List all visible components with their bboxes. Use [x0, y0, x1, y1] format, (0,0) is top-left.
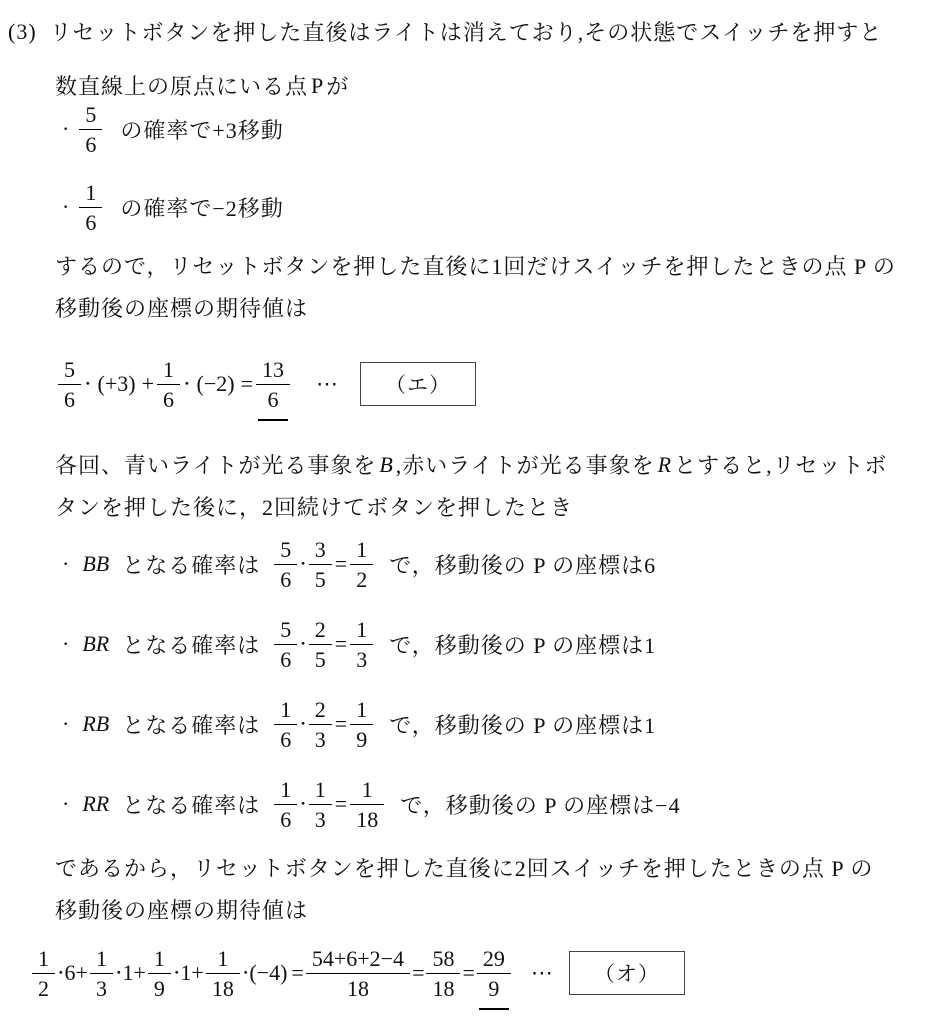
equals-sign: =: [462, 960, 474, 986]
numerator: 58: [426, 945, 460, 974]
prob-bullet-br: · BR となる確率は 56 ⋅ 25 = 13 で，移動後の P の座標は1: [62, 613, 656, 675]
denominator: 6: [79, 208, 102, 235]
fraction-result: 118: [350, 776, 384, 833]
numerator: 1: [206, 945, 240, 974]
move-bullet-plus3: · 5 6 の確率で+3移動: [62, 98, 284, 160]
numerator: 2: [309, 616, 332, 645]
intro-line-2: 数直線上の原点にいる点 P が: [55, 70, 349, 101]
term-plus3: (+3): [98, 371, 136, 397]
denominator: 9: [477, 974, 511, 1001]
multiply-dot: ⋅: [299, 711, 307, 737]
events-text-seg3: とすると,リセットボ: [674, 449, 887, 480]
denominator: 6: [274, 565, 297, 592]
outcome-label: BB: [79, 551, 112, 577]
plus-operator: +: [142, 371, 154, 397]
fraction-a: 56: [274, 536, 297, 593]
fraction-a: 16: [274, 776, 297, 833]
denominator: 6: [79, 130, 102, 157]
answer-box-o: （オ）: [569, 951, 685, 995]
bullet-dot: ·: [62, 791, 69, 817]
prob-tail-text: で，移動後の P の座標は6: [389, 549, 656, 580]
prob-mid-text: となる確率は: [122, 549, 260, 580]
para-two-press-line-1: であるから，リセットボタンを押した直後に2回スイッチを押したときの点 P の: [55, 852, 873, 883]
numerator: 1: [274, 776, 297, 805]
term-times6-plus: ⋅6+: [57, 960, 88, 986]
para-two-press-line-2: 移動後の座標の期待値は: [55, 894, 308, 925]
intro-line-1: (3) リセットボタンを押した直後はライトは消えており,その状態でスイッチを押す…: [8, 16, 882, 47]
intro-text-1: リセットボタンを押した直後はライトは消えており,その状態でスイッチを押すと: [50, 16, 883, 47]
denominator: 3: [350, 645, 373, 672]
event-r-symbol: R: [655, 452, 674, 478]
para-one-press-line-1: するので，リセットボタンを押した直後に1回だけスイッチを押したときの点 P の: [55, 250, 896, 281]
answer-fraction-13-6: 13 6: [256, 356, 290, 413]
prob-bullet-rr: · RR となる確率は 16 ⋅ 13 = 118 で，移動後の P の座標は−…: [62, 773, 681, 835]
term-minus2: (−2): [197, 371, 235, 397]
numerator: 1: [148, 945, 171, 974]
fraction-1-6: 1 6: [157, 356, 180, 413]
fraction-5-6: 5 6: [79, 101, 102, 158]
fraction-a: 16: [274, 696, 297, 753]
fraction-result: 12: [350, 536, 373, 593]
denominator: 5: [309, 645, 332, 672]
prob-mid-text: となる確率は: [122, 629, 260, 660]
intro-text-2-pre: 数直線上の原点にいる点: [55, 70, 308, 101]
prob-mid-text: となる確率は: [122, 789, 260, 820]
denominator: 2: [350, 565, 373, 592]
numerator: 1: [157, 356, 180, 385]
multiply-dot: ⋅: [183, 371, 191, 397]
numerator: 5: [274, 616, 297, 645]
equals-sign: =: [335, 791, 347, 817]
fraction-1-6: 1 6: [79, 179, 102, 236]
denominator: 6: [157, 385, 180, 412]
denominator: 3: [309, 725, 332, 752]
equals-sign: =: [412, 960, 424, 986]
fraction-1-9: 19: [148, 945, 171, 1002]
events-text-seg1: 各回、青いライトが光る事象を: [55, 449, 376, 480]
fraction-a: 56: [274, 616, 297, 673]
outcome-label: RB: [79, 711, 112, 737]
equals-sign: =: [291, 960, 303, 986]
intro-text-2-post: が: [326, 70, 349, 101]
multiply-dot: ⋅: [299, 551, 307, 577]
bullet-dot: ·: [62, 711, 69, 737]
equals-sign: =: [335, 551, 347, 577]
denominator: 3: [309, 805, 332, 832]
denominator: 18: [306, 974, 410, 1001]
para-events-line-1: 各回、青いライトが光る事象を B ,赤いライトが光る事象を R とすると,リセッ…: [55, 449, 887, 480]
equals-sign: =: [335, 711, 347, 737]
numerator: 1: [79, 179, 102, 208]
numerator: 5: [79, 101, 102, 130]
prob-tail-text: で，移動後の P の座標は1: [389, 629, 656, 660]
point-p-symbol: P: [308, 73, 326, 99]
fraction-result: 19: [350, 696, 373, 753]
bullet-dot: ·: [62, 116, 69, 142]
numerator: 1: [309, 776, 332, 805]
multiply-dot: ⋅: [84, 371, 92, 397]
denominator: 6: [274, 645, 297, 672]
multiply-dot: ⋅: [299, 631, 307, 657]
equals-sign: =: [241, 371, 253, 397]
fraction-1-2: 12: [32, 945, 55, 1002]
denominator: 2: [32, 974, 55, 1001]
fraction-sum-over-18: 54+6+2−418: [306, 945, 410, 1002]
prob-tail-text: で，移動後の P の座標は−4: [400, 789, 680, 820]
prob-bullet-bb: · BB となる確率は 56 ⋅ 35 = 12 で，移動後の P の座標は6: [62, 533, 656, 595]
events-text-seg2: ,赤いライトが光る事象を: [396, 449, 655, 480]
denominator: 6: [58, 385, 81, 412]
term-times1-plus: ⋅1+: [173, 960, 204, 986]
numerator: 3: [309, 536, 332, 565]
numerator: 5: [274, 536, 297, 565]
numerator: 29: [477, 945, 511, 974]
outcome-label: RR: [79, 791, 112, 817]
answer-fraction-29-9: 299: [477, 945, 511, 1002]
fraction-1-18: 118: [206, 945, 240, 1002]
prob-mid-text: となる確率は: [122, 709, 260, 740]
denominator: 9: [350, 725, 373, 752]
denominator: 6: [274, 805, 297, 832]
numerator: 13: [256, 356, 290, 385]
bullet-dot: ·: [62, 551, 69, 577]
denominator: 6: [256, 385, 290, 412]
denominator: 18: [206, 974, 240, 1001]
denominator: 5: [309, 565, 332, 592]
numerator: 54+6+2−4: [306, 945, 410, 974]
ellipsis-dots: ⋯: [531, 960, 553, 986]
expectation-equation-2: 12 ⋅6+ 13 ⋅1+ 19 ⋅1+ 118 ⋅(−4) = 54+6+2−…: [32, 940, 685, 1006]
numerator: 1: [32, 945, 55, 974]
term-times1-plus: ⋅1+: [115, 960, 146, 986]
item-number: (3): [8, 19, 37, 45]
para-one-press-line-2: 移動後の座標の期待値は: [55, 292, 308, 323]
term-times-minus4: ⋅(−4): [242, 960, 288, 986]
move-bullet-minus2: · 1 6 の確率で−2移動: [62, 176, 284, 238]
fraction-5-6: 5 6: [58, 356, 81, 413]
numerator: 2: [309, 696, 332, 725]
denominator: 9: [148, 974, 171, 1001]
fraction-b: 23: [309, 696, 332, 753]
event-b-symbol: B: [376, 452, 395, 478]
fraction-58-18: 5818: [426, 945, 460, 1002]
answer-box-e: （エ）: [360, 362, 476, 406]
denominator: 18: [426, 974, 460, 1001]
move-bullet-text: の確率で+3移動: [120, 114, 283, 145]
numerator: 1: [90, 945, 113, 974]
ellipsis-dots: ⋯: [316, 371, 338, 397]
bullet-dot: ·: [62, 194, 69, 220]
prob-tail-text: で，移動後の P の座標は1: [389, 709, 656, 740]
bullet-dot: ·: [62, 631, 69, 657]
fraction-b: 13: [309, 776, 332, 833]
fraction-result: 13: [350, 616, 373, 673]
numerator: 1: [350, 776, 384, 805]
equals-sign: =: [335, 631, 347, 657]
denominator: 3: [90, 974, 113, 1001]
numerator: 1: [350, 696, 373, 725]
numerator: 5: [58, 356, 81, 385]
numerator: 1: [274, 696, 297, 725]
fraction-1-3: 13: [90, 945, 113, 1002]
fraction-b: 25: [309, 616, 332, 673]
denominator: 18: [350, 805, 384, 832]
prob-bullet-rb: · RB となる確率は 16 ⋅ 23 = 19 で，移動後の P の座標は1: [62, 693, 656, 755]
numerator: 1: [350, 536, 373, 565]
expectation-equation-1: 5 6 ⋅ (+3) + 1 6 ⋅ (−2) = 13 6 ⋯ （エ）: [58, 350, 476, 418]
denominator: 6: [274, 725, 297, 752]
para-events-line-2: タンを押した後に，2回続けてボタンを押したとき: [55, 491, 573, 522]
numerator: 1: [350, 616, 373, 645]
move-bullet-text: の確率で−2移動: [120, 192, 283, 223]
multiply-dot: ⋅: [299, 791, 307, 817]
outcome-label: BR: [79, 631, 112, 657]
document-page: (3) リセットボタンを押した直後はライトは消えており,その状態でスイッチを押す…: [0, 0, 927, 1024]
fraction-b: 35: [309, 536, 332, 593]
